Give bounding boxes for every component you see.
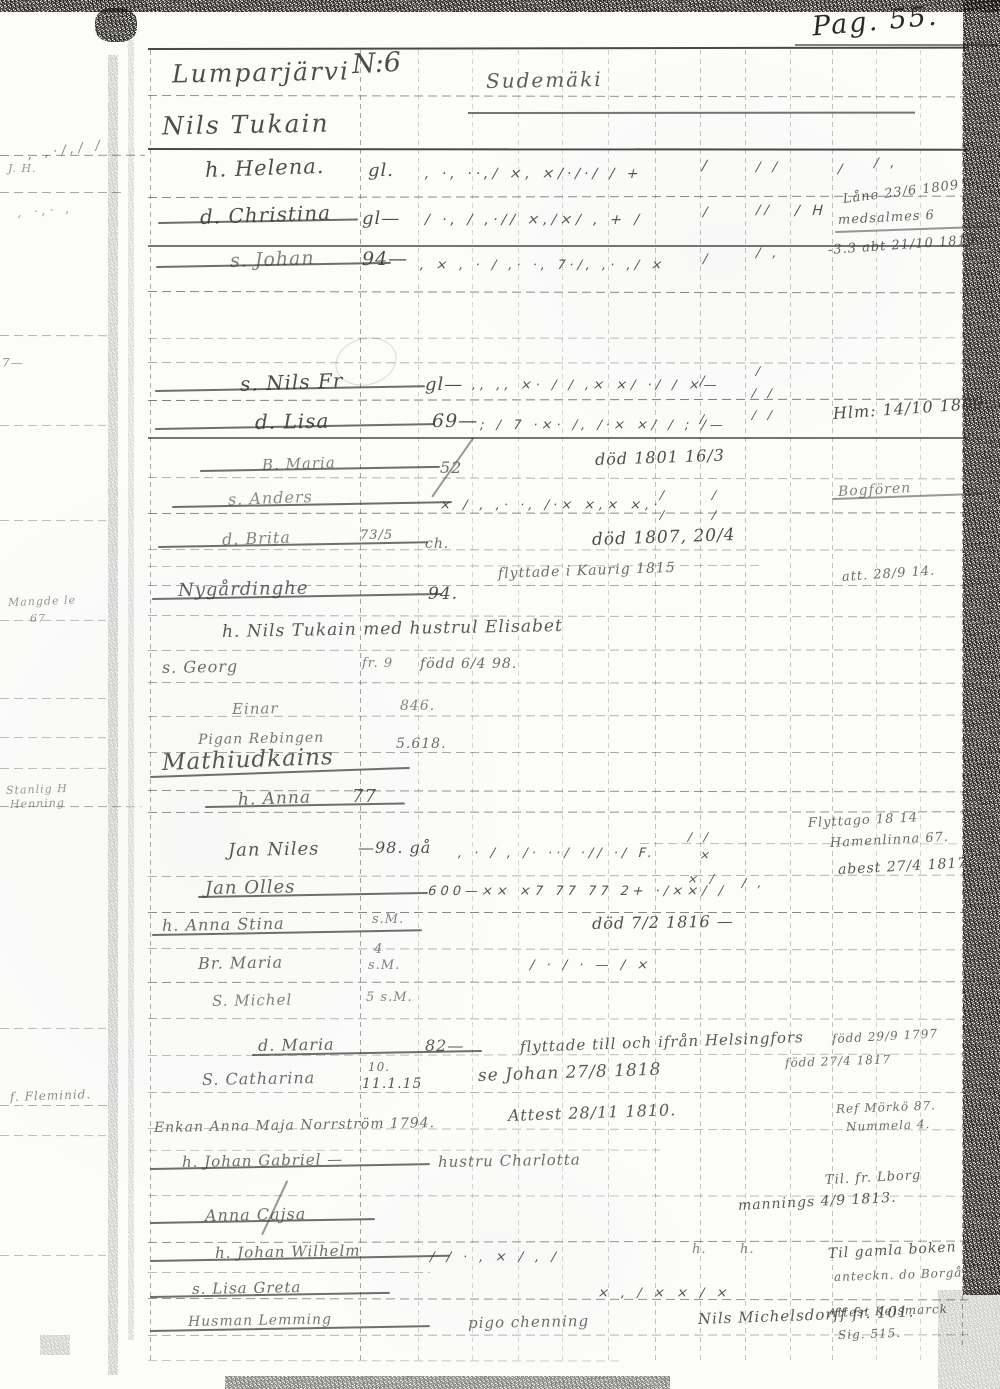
column-line — [150, 48, 151, 1360]
ruled-line — [148, 1272, 430, 1273]
attendance-marks: / — [710, 488, 722, 502]
column-line — [655, 48, 656, 1360]
death-note: död 1801 16/3 — [595, 445, 726, 469]
margin-note: född 29/9 1797 — [832, 1026, 939, 1046]
margin-note: Hamenlinna 67. — [830, 830, 950, 851]
ruled-line — [0, 1028, 106, 1029]
margin-note: anteckn. do Borgå — [834, 1266, 963, 1284]
attendance-marks: , ·, ··,/ ×, ×/·/·/ / + — [423, 166, 645, 182]
attendance-marks: , × , · / ,· ·, 7·/, ,· ,/ × — [418, 258, 668, 273]
attendance-marks: / / · , × / , / — [428, 1250, 561, 1265]
column-line — [745, 48, 746, 1360]
column-line — [700, 48, 701, 1360]
scan-noise-gutter-2 — [128, 40, 134, 1340]
cell-value: 73/5 — [360, 528, 393, 543]
ruled-line — [0, 335, 112, 336]
attendance-marks: × — [698, 848, 716, 862]
ruled-line — [0, 768, 106, 769]
cell-value: 5.618. — [396, 736, 447, 752]
scanned-register-page: Pag. 55. Lumparjärvi N:6 Sudemäki Nils T… — [0, 0, 1000, 1389]
ruled-line — [148, 948, 968, 950]
scan-noise-dots — [40, 1335, 70, 1355]
household-head-name: Nils Tukain — [162, 109, 330, 141]
margin-note: att. 28/9 14. — [841, 563, 935, 584]
ruled-line — [148, 437, 968, 439]
attendance-marks: / , — [872, 156, 900, 171]
attendance-marks: // — [754, 203, 775, 218]
attendance-marks: / / — [750, 408, 777, 422]
prev-page-text: Mangde le — [8, 594, 76, 609]
cell-value: 52 — [440, 458, 462, 477]
ruled-line — [0, 425, 106, 426]
attendance-marks: × , / × × / × — [596, 1286, 733, 1301]
cell-value: 10. — [368, 1060, 390, 1074]
ruled-line — [148, 1298, 968, 1300]
attendance-marks: / — [836, 162, 848, 177]
attendance-marks: / — [658, 488, 670, 502]
attest-note: Attest 28/11 1810. — [508, 1100, 677, 1125]
ruled-line — [0, 1255, 106, 1256]
cell-value: 82— — [425, 1036, 464, 1055]
column-line — [608, 48, 609, 1360]
attendance-marks: / H — [793, 203, 829, 219]
death-note: död 7/2 1816 — — [592, 912, 734, 933]
attendance-marks: / / — [754, 160, 783, 175]
death-note: död 1807, 20/4 — [592, 525, 736, 550]
ruled-line — [148, 912, 968, 913]
cell-value: 11.1.15 — [362, 1076, 422, 1092]
prev-page-text: 67 — [30, 612, 46, 625]
attendance-marks: / , — [754, 246, 782, 261]
attendance-marks: / — [701, 252, 713, 267]
attendance-marks: / ·, / ,·// ×,/×/ , + / — [423, 212, 645, 228]
margin-note: Sig. 515. — [838, 1326, 902, 1342]
margin-note: Flyttago 18 14 — [808, 810, 919, 831]
attendance-marks: / / — [686, 830, 713, 844]
margin-note: Til. fr. Lborg — [825, 1168, 922, 1188]
row-name: h. Helena. — [205, 154, 325, 182]
ruled-line — [148, 477, 968, 479]
cell-value: 69— — [432, 410, 478, 432]
prev-page-text: J. H. — [8, 162, 37, 175]
cell-value: h. — [692, 1242, 707, 1257]
prev-page-text: 7— — [2, 356, 24, 370]
header-place-name: Lumparjärvi — [172, 56, 350, 88]
prev-page-text: Henning — [10, 796, 65, 811]
margin-note: mannings 4/9 1813. — [738, 1190, 897, 1214]
ruled-line — [148, 649, 968, 651]
ruled-line — [148, 1018, 968, 1020]
ruled-line — [0, 1135, 106, 1136]
cell-value: ch. — [425, 536, 449, 552]
margin-note: Nummela 4. — [846, 1117, 931, 1134]
cell-value: pigo chenning — [468, 1312, 589, 1332]
cell-value: hustru Charlotta — [438, 1151, 581, 1171]
attendance-marks: / — [658, 508, 670, 522]
attendance-marks: / — [701, 205, 713, 220]
attendance-marks: / — [700, 158, 713, 174]
prev-page-marks: , ,·/,/ / — [27, 138, 104, 163]
scan-noise-bottom-streak — [225, 1376, 670, 1389]
column-line — [360, 48, 361, 1360]
attendance-marks: / — [710, 508, 722, 522]
moved-note: flyttade i Kaurig 1815 — [498, 560, 676, 582]
attendance-marks: / — [754, 364, 766, 378]
birth-note: född 6/4 98. — [420, 656, 517, 672]
ruled-line — [148, 682, 968, 684]
cell-value: fr. 9 — [362, 656, 393, 671]
attendance-marks: × / , ,· ·, /·× ×,× ×,· — [438, 498, 663, 513]
prev-page-text: f. Fleminid. — [10, 1087, 92, 1104]
ruled-line — [148, 981, 968, 983]
row-name: Jan Niles — [228, 838, 320, 861]
ruled-line — [0, 620, 106, 621]
ruled-line — [0, 737, 106, 738]
ruled-line — [0, 192, 122, 193]
ruled-line — [148, 549, 968, 551]
ruled-line — [148, 362, 968, 364]
cell-value: h. — [740, 1242, 755, 1257]
prev-page-marks: , ·,· , — [17, 201, 75, 220]
row-name: s. Georg — [162, 657, 238, 677]
row-name: Enkan Anna Maja Norrström 1794. — [154, 1115, 435, 1136]
attendance-marks: , · / , /· ··/ ·// ·/ F. — [456, 846, 658, 861]
row-name: d. Lisa — [255, 409, 330, 434]
cell-value: gl. — [368, 160, 394, 181]
row-name: S. Catharina — [202, 1068, 316, 1089]
row-name: B. Maria — [262, 453, 336, 474]
ruled-line — [148, 1092, 968, 1093]
column-line — [790, 48, 791, 1360]
row-name: d. Christina — [200, 200, 332, 229]
attendance-marks: 600—×× ×7 77 77 2+ ·/××/ / — [426, 884, 729, 899]
margin-note: -3.3 abt 21/10 1810. — [827, 232, 981, 258]
row-name: s. Johan — [230, 247, 315, 272]
scan-noise-blob — [95, 8, 137, 42]
ruled-line — [468, 112, 915, 114]
ruled-line — [0, 698, 106, 699]
row-name: h. Nils Tukain med hustrul Elisabet — [222, 616, 563, 642]
attendance-marks: / , — [740, 876, 767, 890]
margin-note: Ref Mörkö 87. — [836, 1099, 936, 1116]
margin-note: Til gamla boken — [828, 1239, 957, 1262]
attendance-marks: / / — [750, 386, 777, 400]
cell-value: gl— — [425, 374, 463, 395]
ruled-line — [795, 44, 998, 46]
reference-note: se Johan 27/8 1818 — [478, 1060, 662, 1086]
ruled-line — [0, 520, 106, 521]
row-name: Einar — [232, 699, 279, 718]
cell-value: 846. — [400, 698, 435, 714]
margin-note: Låne 23/6 1809 — [842, 178, 960, 207]
ruled-line — [148, 47, 968, 50]
cell-value: 4 — [374, 942, 383, 957]
ruled-line — [148, 148, 968, 151]
attendance-marks: / · / · — / × — [528, 958, 654, 973]
header-annotation: Sudemäki — [486, 67, 603, 93]
cell-value: gl— — [362, 208, 400, 229]
attendance-marks: ; / 7 ·×· /, /·× ×/ / ; /— — [478, 418, 728, 433]
attendance-marks: ,, ,, ×· / / ,× ×/ ·/ / ×— — [470, 378, 722, 393]
row-name: s. Nils Fr — [240, 368, 344, 396]
cell-value: 77 — [352, 786, 377, 807]
cell-value: —98. gå — [358, 838, 431, 857]
cell-value: s.M. — [368, 958, 400, 973]
ruled-line — [148, 811, 968, 813]
ruled-line — [148, 337, 968, 339]
cell-value: 94. — [428, 584, 458, 604]
attendance-marks: × / — [686, 872, 719, 886]
scan-noise-gutter — [108, 55, 118, 1375]
cell-value: 94— — [362, 248, 408, 270]
row-name: Br. Maria — [198, 953, 283, 973]
ruled-line — [148, 291, 968, 293]
ruled-line — [148, 1360, 620, 1361]
ruled-line — [148, 1150, 660, 1151]
cell-value: 5 s.M. — [366, 990, 413, 1005]
row-name: S. Michel — [212, 991, 292, 1010]
ruled-line — [148, 399, 968, 401]
margin-note: Attest Keismarck — [828, 1302, 948, 1320]
ruled-line — [148, 95, 968, 97]
cell-value: s.M. — [372, 912, 404, 927]
prev-page-text: Stanlig H — [6, 782, 68, 797]
scan-noise-right-edge — [963, 0, 1000, 1295]
ruled-line — [0, 1105, 112, 1106]
header-house-number: N:6 — [351, 47, 401, 81]
